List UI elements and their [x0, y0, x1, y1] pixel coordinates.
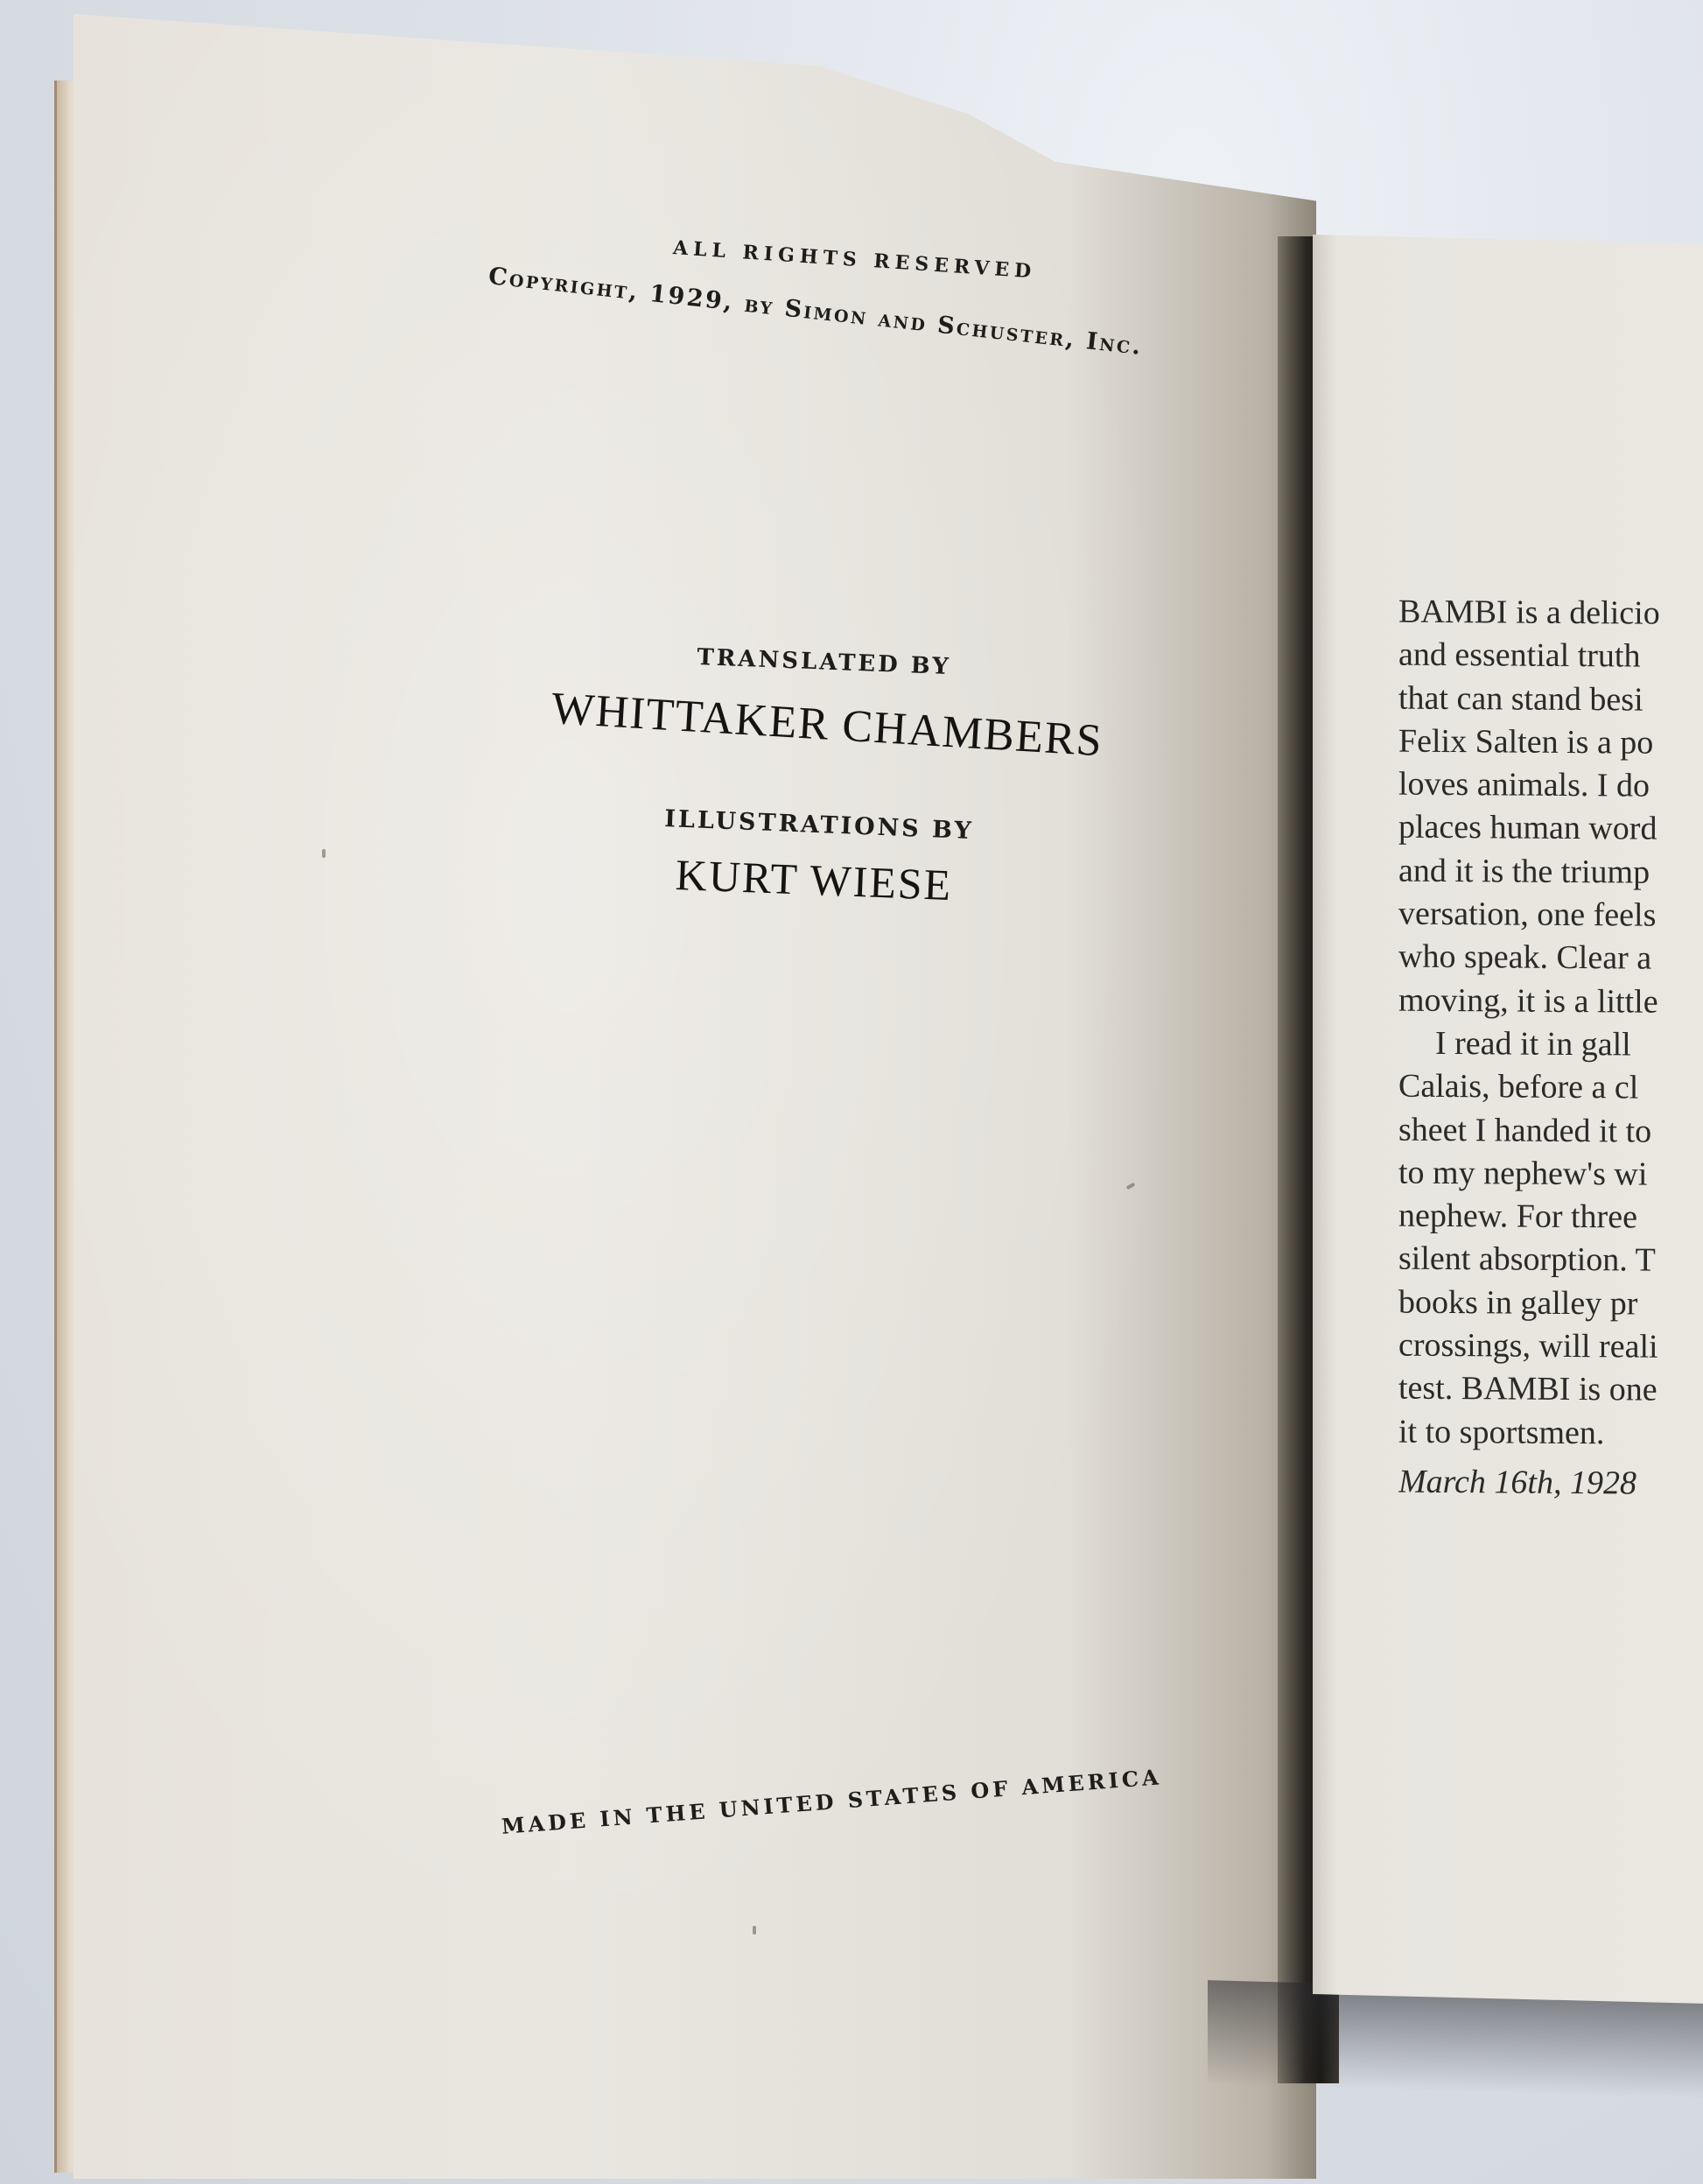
- open-book-photo: All Rights Reserved Copyright, 1929, by …: [0, 0, 1703, 2184]
- preface-line: crossings, will reali: [1398, 1324, 1703, 1370]
- preface-line: BAMBI is a delicio: [1398, 591, 1703, 636]
- paper-speck: [322, 849, 326, 858]
- preface-line: Calais, before a cl: [1398, 1065, 1703, 1111]
- preface-line: sheet I handed it to: [1398, 1108, 1703, 1154]
- preface-line: test. BAMBI is one: [1398, 1367, 1703, 1413]
- preface-line: to my nephew's wi: [1398, 1151, 1703, 1197]
- preface-line: Felix Salten is a po: [1398, 720, 1703, 765]
- preface-line: that can stand besi: [1398, 677, 1703, 722]
- preface-line: nephew. For three: [1398, 1195, 1703, 1240]
- preface-line: moving, it is a little: [1398, 979, 1703, 1024]
- preface-line: it to sportsmen.: [1398, 1410, 1703, 1456]
- preface-line: and it is the triump: [1398, 849, 1703, 895]
- preface-date: March 16th, 1928: [1398, 1461, 1703, 1506]
- preface-line: loves animals. I do: [1398, 763, 1703, 809]
- illustrator-name: KURT WIESE: [675, 849, 954, 910]
- preface-line: silent absorption. T: [1398, 1238, 1703, 1283]
- preface-line: places human word: [1398, 806, 1703, 852]
- preface-line: and essential truth: [1398, 634, 1703, 679]
- preface-text: BAMBI is a delicio and essential truth t…: [1398, 591, 1703, 1506]
- preface-line: versation, one feels: [1398, 893, 1703, 938]
- preface-line: who speak. Clear a: [1398, 936, 1703, 981]
- paper-speck: [753, 1926, 756, 1935]
- preface-line: I read it in gall: [1398, 1022, 1703, 1068]
- preface-line: books in galley pr: [1398, 1281, 1703, 1326]
